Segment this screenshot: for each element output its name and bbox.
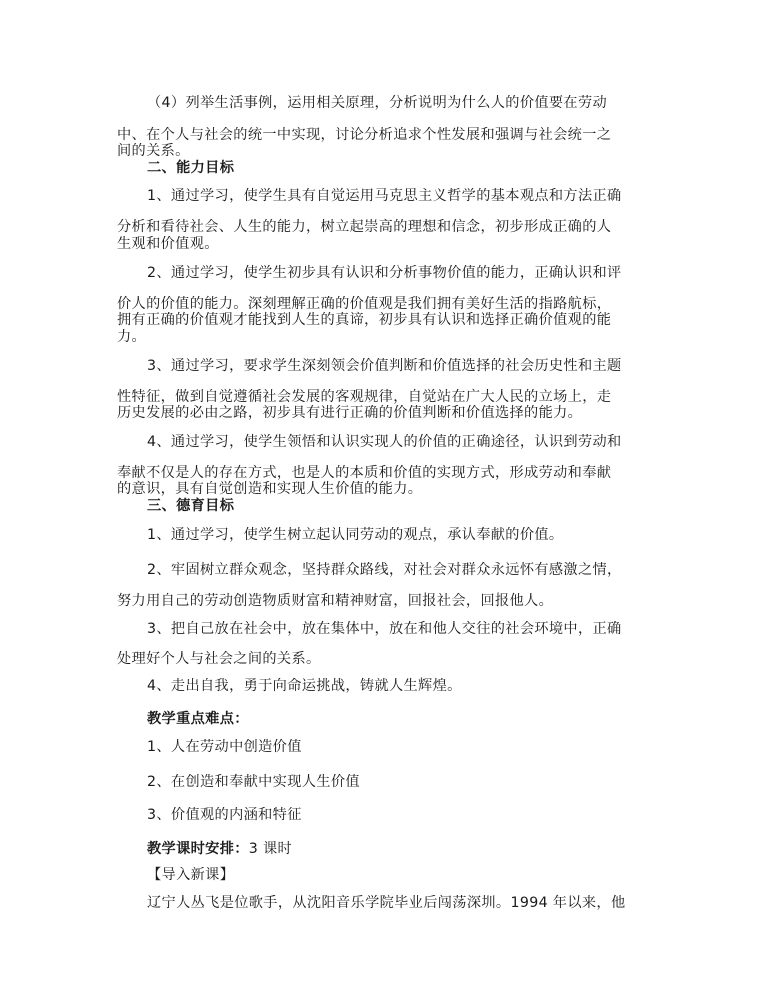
moral-goal-1: 1、通过学习，使学生树立起认同劳动的观点，承认奉献的价值。 (147, 526, 563, 544)
objective-4-line-2: 中、在个人与社会的统一中实现，讨论分析追求个性发展和强调与社会统一之 (117, 126, 611, 144)
section-heading-ability-goals: 二、能力目标 (147, 159, 234, 177)
class-hours-label: 教学课时安排： (147, 841, 249, 857)
class-hours-line: 教学课时安排：3 课时 (147, 840, 292, 858)
key-points-heading: 教学重点难点： (147, 710, 249, 728)
ability-goal-1-line-2: 分析和看待社会、人生的能力，树立起崇高的理想和信念，初步形成正确的人 (117, 218, 611, 236)
ability-goal-4-line-1: 4、通过学习，使学生领悟和认识实现人的价值的正确途径，认识到劳动和 (147, 433, 622, 451)
ability-goal-2-line-3: 拥有正确的价值观才能找到人生的真谛，初步具有认识和选择正确价值观的能 (117, 311, 611, 329)
moral-goal-2-line-2: 努力用自己的劳动创造物质财富和精神财富，回报社会，回报他人。 (117, 592, 553, 610)
key-point-2: 2、在创造和奉献中实现人生价值 (147, 773, 360, 791)
ability-goal-1-line-1: 1、通过学习，使学生具有自觉运用马克思主义哲学的基本观点和方法正确 (147, 187, 622, 205)
class-hours-value: 3 课时 (249, 841, 292, 857)
intro-section-heading: 【导入新课】 (147, 866, 234, 884)
document-page: （4）列举生活事例，运用相关原理，分析说明为什么人的价值要在劳动 中、在个人与社… (0, 0, 770, 1000)
intro-paragraph-line-1: 辽宁人丛飞是位歌手，从沈阳音乐学院毕业后闯荡深圳。1994 年以来，他 (147, 894, 626, 912)
moral-goal-2-line-1: 2、牢固树立群众观念，坚持群众路线，对社会对群众永远怀有感激之情， (147, 561, 622, 579)
ability-goal-1-line-3: 生观和价值观。 (117, 235, 219, 253)
moral-goal-3-line-2: 处理好个人与社会之间的关系。 (117, 650, 321, 668)
ability-goal-2-line-4: 力。 (117, 328, 146, 346)
section-heading-moral-goals: 三、德育目标 (147, 497, 234, 515)
key-point-3: 3、价值观的内涵和特征 (147, 806, 302, 824)
moral-goal-3-line-1: 3、把自己放在社会中，放在集体中，放在和他人交往的社会环境中，正确 (147, 620, 622, 638)
ability-goal-2-line-1: 2、通过学习，使学生初步具有认识和分析事物价值的能力，正确认识和评 (147, 264, 622, 282)
objective-4-line-1: （4）列举生活事例，运用相关原理，分析说明为什么人的价值要在劳动 (147, 94, 607, 112)
objective-4-line-3: 间的关系。 (117, 142, 190, 160)
moral-goal-4: 4、走出自我，勇于向命运挑战，铸就人生辉煌。 (147, 677, 462, 695)
ability-goal-3-line-3: 历史发展的必由之路，初步具有进行正确的价值判断和价值选择的能力。 (117, 404, 582, 422)
ability-goal-4-line-3: 的意识，具有自觉创造和实现人生价值的能力。 (117, 480, 422, 498)
key-point-1: 1、人在劳动中创造价值 (147, 738, 302, 756)
ability-goal-3-line-1: 3、通过学习，要求学生深刻领会价值判断和价值选择的社会历史性和主题 (147, 357, 622, 375)
